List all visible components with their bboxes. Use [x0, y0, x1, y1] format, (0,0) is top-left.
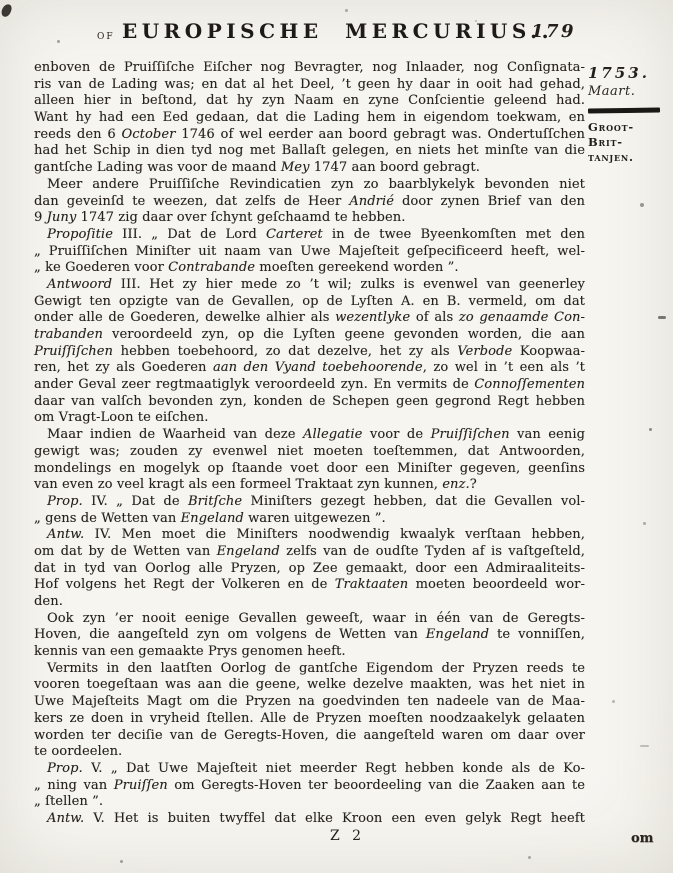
margin-notes: 1753. Maart. Groot- Brit- tanjen.: [588, 64, 670, 165]
body-text: enboven de Pruiſſiſche Eiſcher nog Bevra…: [34, 60, 585, 828]
scan-speck: [345, 9, 348, 12]
text-line: Prop. IV. „ Dat de Britſche Miniſters ge…: [34, 494, 585, 511]
text-line: om dat by de Wetten van Engeland zelfs v…: [34, 544, 585, 561]
margin-note-month: Maart.: [588, 84, 670, 99]
text-line: vooren toegeſtaan was aan die geene, wel…: [34, 677, 585, 694]
text-line: gewigt was; zouden zy evenwel niet moete…: [34, 444, 585, 461]
margin-rule: [588, 107, 660, 113]
paragraph: Propoſitie III. „ Dat de Lord Carteret i…: [34, 227, 585, 277]
text-line: gantſche Lading was voor de maand Mey 17…: [34, 160, 585, 177]
text-line: reeds den 6 October 1746 of wel eerder a…: [34, 127, 585, 144]
paragraph: Antw. V. Het is buiten twyffel dat elke …: [34, 811, 585, 828]
paragraph: Meer andere Pruiſſiſche Revindicatien zy…: [34, 177, 585, 227]
margin-topic-line: tanjen.: [588, 150, 670, 165]
text-line: mondelings en mogelyk op ſtaande voet do…: [34, 461, 585, 478]
page-header: of EUROPISCHE MERCURIUS.. 179: [0, 0, 673, 56]
text-line: dat in tyd van Oorlog alle Pryzen, op Ze…: [34, 561, 585, 578]
text-line: Ook zyn ’er nooit eenige Gevallen geweeſ…: [34, 611, 585, 628]
paragraph: Antwoord III. Het zy hier mede zo ’t wil…: [34, 277, 585, 427]
text-line: daar van valſch bevonden zyn, konden de …: [34, 394, 585, 411]
text-line: Maar indien de Waarheid van deze Allegat…: [34, 427, 585, 444]
text-line: „ ke Goederen voor Contrabande moeſten g…: [34, 260, 585, 277]
text-line: onder alle de Goederen, dewelke alhier a…: [34, 310, 585, 327]
text-line: enboven de Pruiſſiſche Eiſcher nog Bevra…: [34, 60, 585, 77]
scan-speck: [658, 316, 666, 319]
text-line: Want hy had een Eed gedaan, dat die Ladi…: [34, 110, 585, 127]
text-line: „ ning van Pruiſſen om Geregts-Hoven ter…: [34, 778, 585, 795]
text-line: Prop. V. „ Dat Uwe Majeſteit niet meerde…: [34, 761, 585, 778]
margin-note-year: 1753.: [588, 64, 670, 82]
text-line: 9 Juny 1747 zig daar over ſchynt geſchaa…: [34, 210, 585, 227]
text-line: trabanden veroordeeld zyn, op die Lyſten…: [34, 327, 585, 344]
text-line: kennis van een gemaakte Prys genomen hee…: [34, 644, 585, 661]
catchword: om: [631, 831, 653, 846]
signature-mark: Z 2: [330, 828, 365, 844]
scan-speck: [120, 860, 123, 863]
text-line: ris van de Lading was; en dat al het Dee…: [34, 77, 585, 94]
text-line: worden ter deciſie van de Geregts-Hoven,…: [34, 728, 585, 745]
text-line: alleen hier in beſtond, dat hy zyn Naam …: [34, 93, 585, 110]
text-line: had het Schip in dien tyd nog met Ballaſ…: [34, 143, 585, 160]
margin-topic-line: Groot-: [588, 120, 670, 135]
paragraph: Maar indien de Waarheid van deze Allegat…: [34, 427, 585, 494]
text-line: „ gens de Wetten van Engeland waren uitg…: [34, 511, 585, 528]
text-line: van even zo veel kragt als een formeel T…: [34, 477, 585, 494]
paragraph: enboven de Pruiſſiſche Eiſcher nog Bevra…: [34, 60, 585, 177]
text-line: „ Pruiſſiſchen Miniſter uit naam van Uwe…: [34, 244, 585, 261]
text-line: om Vragt-Loon te eiſchen.: [34, 410, 585, 427]
text-line: Meer andere Pruiſſiſche Revindicatien zy…: [34, 177, 585, 194]
paragraph: Prop. V. „ Dat Uwe Majeſteit niet meerde…: [34, 761, 585, 811]
text-line: „ ſtellen ”.: [34, 794, 585, 811]
running-title: EUROPISCHE MERCURIUS..: [122, 19, 553, 43]
scan-speck: [528, 856, 531, 859]
scan-speck: [643, 522, 646, 525]
paragraph: Ook zyn ’er nooit eenige Gevallen geweeſ…: [34, 611, 585, 661]
paragraph: Vermits in den laatſten Oorlog de gantſc…: [34, 661, 585, 761]
scan-speck: [57, 40, 60, 43]
scan-speck: [40, 297, 42, 299]
text-line: Hof volgens het Regt der Volkeren en de …: [34, 577, 585, 594]
page-number: 179: [531, 21, 576, 42]
paragraph: Antw. IV. Men moet die Miniſters noodwen…: [34, 527, 585, 610]
scan-speck: [475, 20, 477, 22]
text-line: Hoven, die aangeſteld zyn om volgens de …: [34, 627, 585, 644]
text-line: Antw. IV. Men moet die Miniſters noodwen…: [34, 527, 585, 544]
text-line: ander Geval zeer regtmaatiglyk veroordee…: [34, 377, 585, 394]
text-line: Antwoord III. Het zy hier mede zo ’t wil…: [34, 277, 585, 294]
margin-topic-line: Brit-: [588, 135, 670, 150]
running-title-prefix: of: [97, 28, 115, 43]
text-line: Uwe Majeſteits Magt om die Pryzen na goe…: [34, 694, 585, 711]
text-line: te oordeelen.: [34, 744, 585, 761]
text-line: Vermits in den laatſten Oorlog de gantſc…: [34, 661, 585, 678]
scan-speck: [640, 745, 649, 747]
text-line: Antw. V. Het is buiten twyffel dat elke …: [34, 811, 585, 828]
scanned-book-page: of EUROPISCHE MERCURIUS.. 179 1753. Maar…: [0, 0, 673, 873]
text-line: Pruiſſiſchen hebben toebehoord, zo dat d…: [34, 344, 585, 361]
text-line: den.: [34, 594, 585, 611]
paragraph: Prop. IV. „ Dat de Britſche Miniſters ge…: [34, 494, 585, 527]
text-line: ren, het zy als Goederen aan den Vyand t…: [34, 360, 585, 377]
scan-speck: [612, 700, 615, 703]
scan-speck: [649, 428, 652, 431]
margin-note-topic: Groot- Brit- tanjen.: [588, 120, 670, 165]
text-line: dan geveinſd te weezen, dat zelfs de Hee…: [34, 194, 585, 211]
text-line: Propoſitie III. „ Dat de Lord Carteret i…: [34, 227, 585, 244]
text-line: kers ze doen in vryheid ſtellen. Alle de…: [34, 711, 585, 728]
scan-speck: [640, 203, 644, 207]
text-line: Gewigt ten opzigte van de Gevallen, op d…: [34, 294, 585, 311]
